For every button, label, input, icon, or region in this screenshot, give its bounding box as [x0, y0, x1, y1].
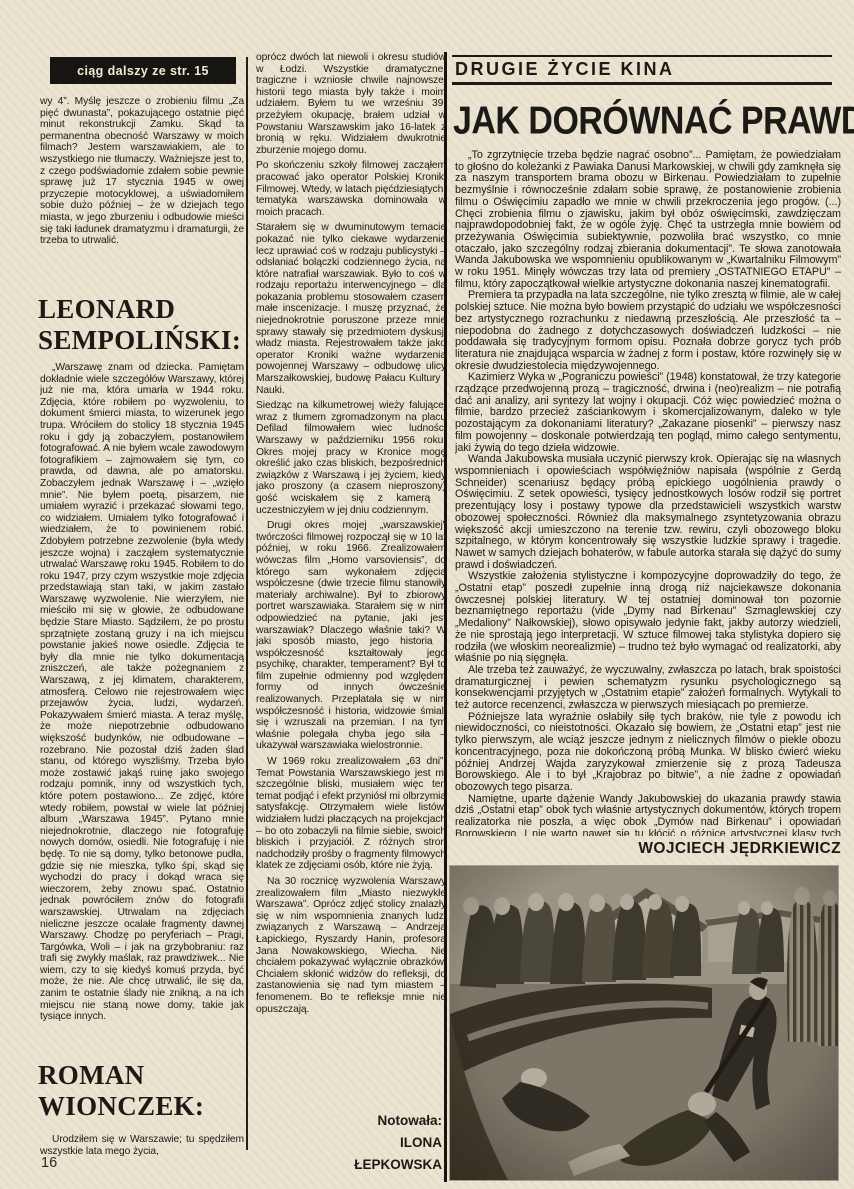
intro-text: wy 4”. Myślę jeszcze o zrobieniu filmu „…	[40, 96, 244, 247]
paragraph: Drugi okres mojej „warszawskiej” twórczo…	[256, 520, 446, 752]
page-number: 16	[41, 1155, 57, 1171]
paragraph: Namiętne, uparte dążenie Wandy Jakubowsk…	[455, 794, 841, 836]
kicker-rule-bottom	[452, 82, 832, 85]
middle-column: oprócz dwóch lat niewoli i okresu studió…	[256, 52, 446, 1100]
paragraph: Po skończeniu szkoły filmowej zacząłem p…	[256, 160, 446, 218]
wionczek-paragraph: Urodziłem się w Warszawie; tu spędziłem …	[40, 1134, 244, 1157]
paragraph: oprócz dwóch lat niewoli i okresu studió…	[256, 52, 446, 156]
intro-paragraph: wy 4”. Myślę jeszcze o zrobieniu filmu „…	[40, 96, 244, 247]
paragraph: Wszystkie założenia stylistyczne i kompo…	[455, 571, 841, 665]
paragraph: „To zgrzytnięcie trzeba będzie nagrać os…	[455, 150, 841, 290]
signature-name-1: ILONA	[256, 1132, 442, 1154]
paragraph: Ale trzeba też zauważyć, że wyczuwalny, …	[455, 665, 841, 712]
signature-note: Notowała:	[256, 1110, 442, 1132]
continuation-label: ciąg dalszy ze str. 15	[77, 64, 209, 78]
paragraph: Premiera ta przypadła na lata szczególne…	[455, 290, 841, 372]
wionczek-text: Urodziłem się w Warszawie; tu spędziłem …	[40, 1134, 244, 1160]
paragraph: W 1969 roku zrealizowałem „63 dni”. Tema…	[256, 756, 446, 872]
paragraph: Siedząc na kilkumetrowej wieży falującej…	[256, 400, 446, 516]
magazine-page: ciąg dalszy ze str. 15 wy 4”. Myślę jesz…	[0, 0, 854, 1189]
column-divider-thin	[246, 57, 248, 1150]
paragraph: Wanda Jakubowska musiała uczynić pierwsz…	[455, 454, 841, 571]
film-still-photo	[450, 866, 838, 1180]
continuation-box: ciąg dalszy ze str. 15	[50, 57, 236, 84]
paragraph: Kazimierz Wyka w „Pograniczu powieści” (…	[455, 372, 841, 454]
paragraph: Późniejsze lata wyraźnie osłabiły siłę t…	[455, 712, 841, 794]
paragraph: Starałem się w dwuminutowym temacie poka…	[256, 222, 446, 396]
kicker-rule-top	[452, 55, 832, 57]
signature-block: Notowała: ILONA ŁEPKOWSKA	[256, 1110, 442, 1176]
sempolinski-paragraph: „Warszawę znam od dziecka. Pamiętam dokł…	[40, 362, 244, 1023]
sempolinski-text: „Warszawę znam od dziecka. Pamiętam dokł…	[40, 362, 244, 1054]
article-byline: WOJCIECH JĘDRKIEWICZ	[455, 840, 841, 858]
paragraph: Na 30 rocznicę wyzwolenia Warszawy zreal…	[256, 876, 446, 1015]
signature-name-2: ŁEPKOWSKA	[256, 1154, 442, 1176]
section-heading-wionczek: ROMAN WIONCZEK:	[38, 1060, 248, 1122]
article-body: „To zgrzytnięcie trzeba będzie nagrać os…	[455, 150, 841, 836]
article-title: JAK DORÓWNAĆ PRAWDZIE?	[453, 99, 833, 144]
section-kicker: DRUGIE ŻYCIE KINA	[455, 59, 835, 80]
film-still-illustration	[450, 866, 838, 1180]
section-heading-sempolinski: LEONARD SEMPOLIŃSKI:	[38, 294, 248, 356]
